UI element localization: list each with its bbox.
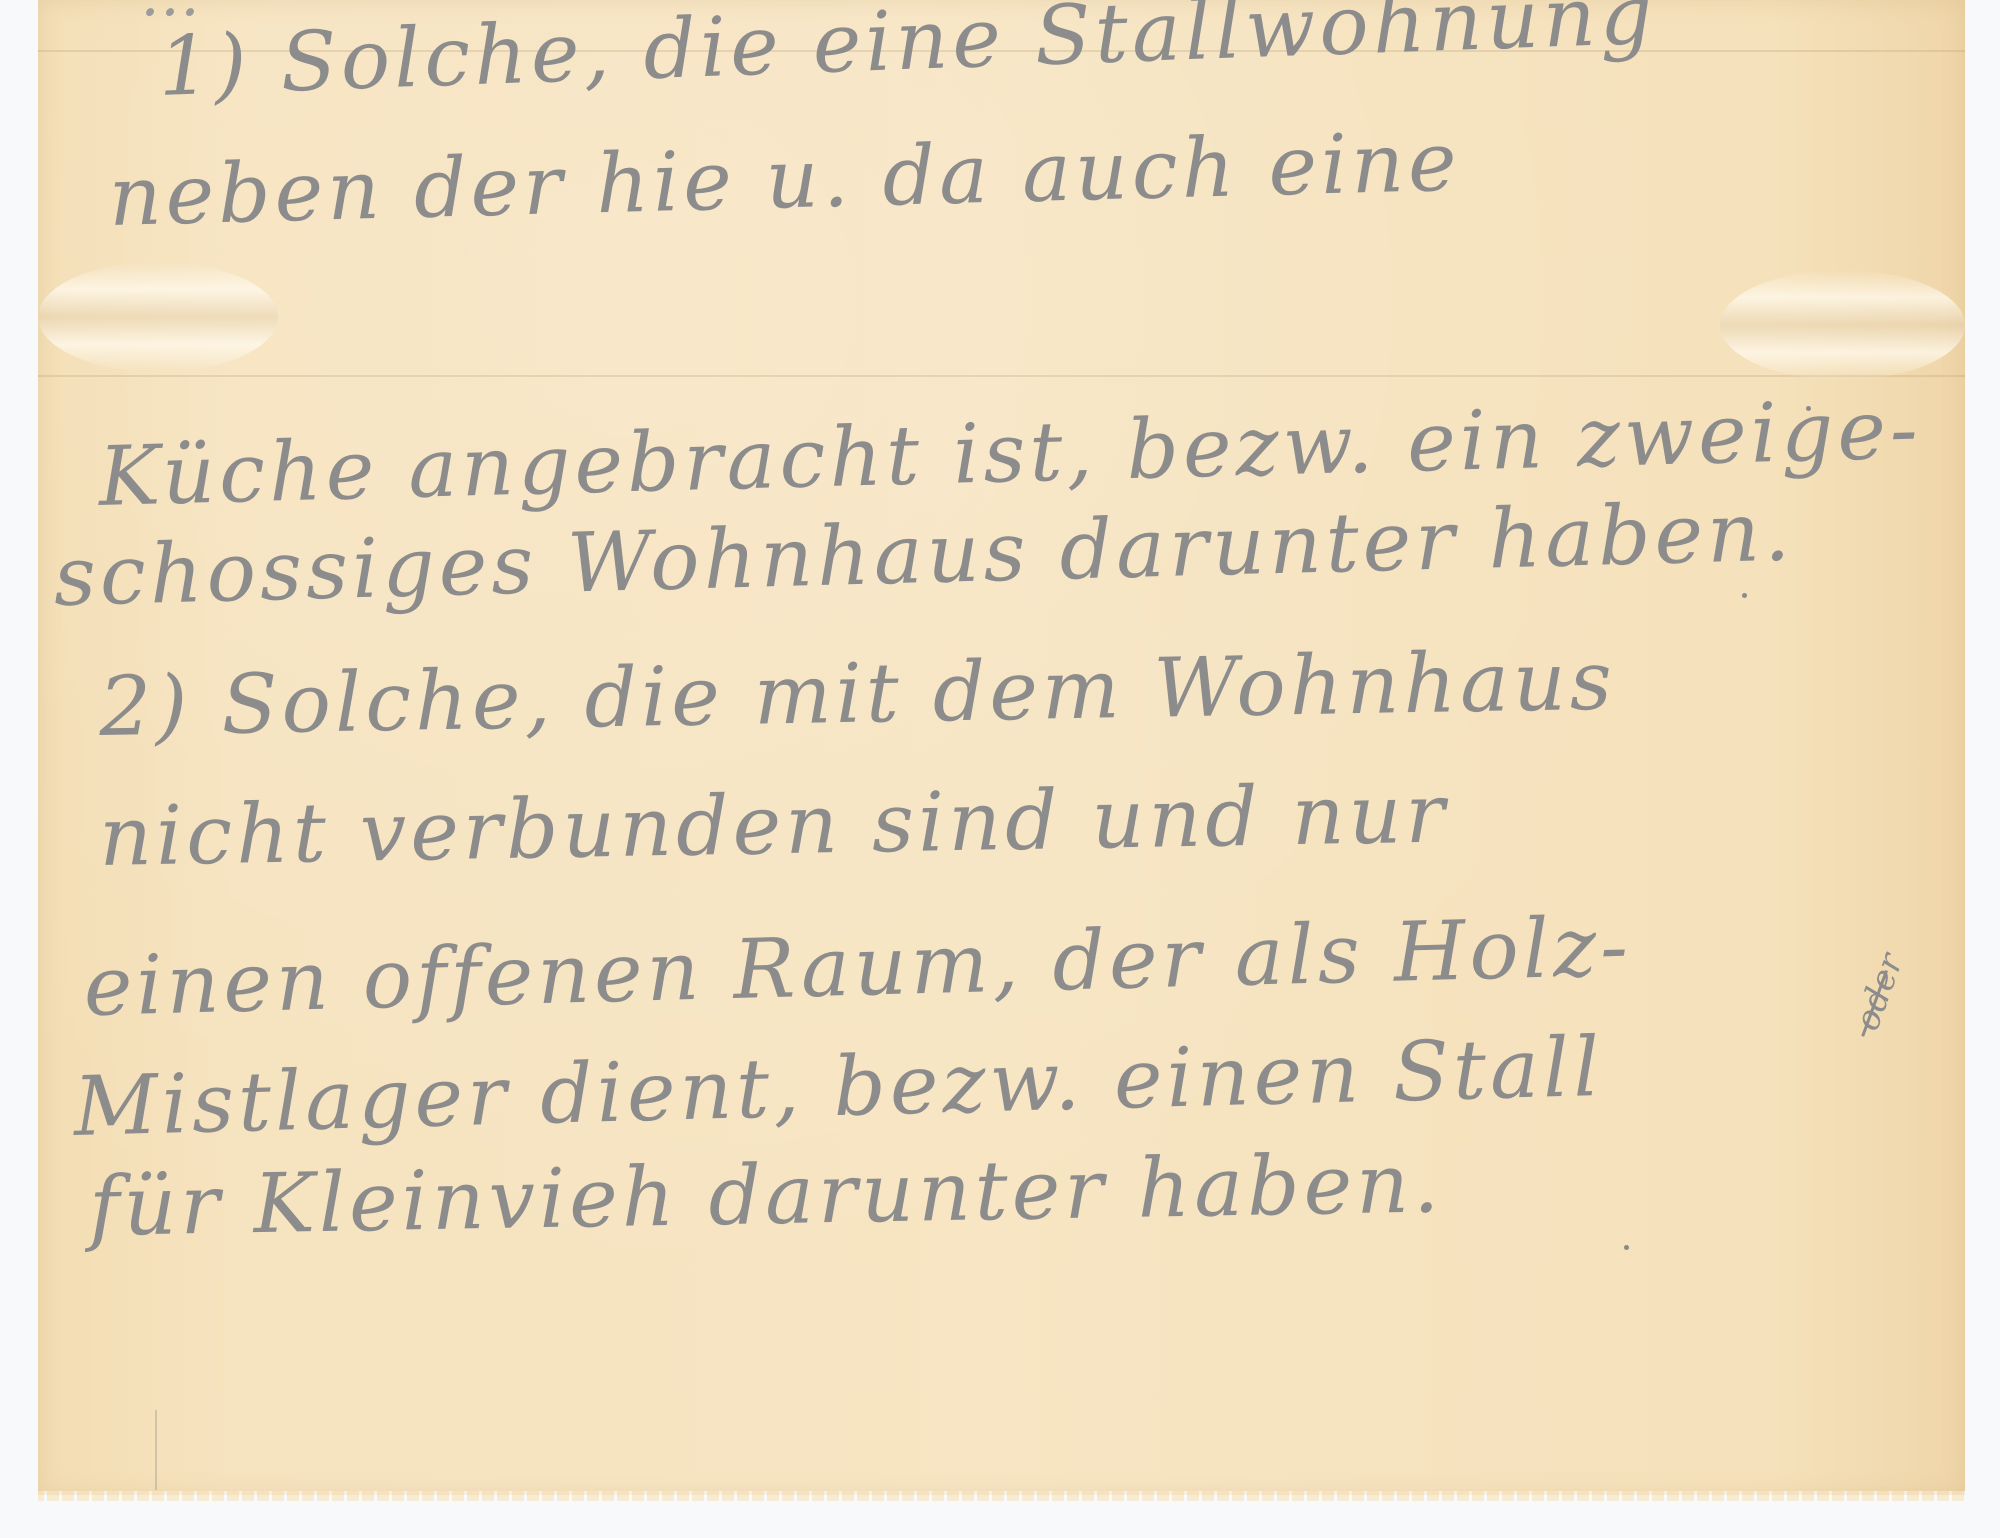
pencil-dot [1742,593,1747,598]
paper-crease [38,262,278,372]
paper-fold-line [38,375,1965,377]
pencil-mark [155,1410,157,1490]
scanned-page: … 1) Solche, die eine Stallwohnung neben… [0,0,2000,1538]
pencil-dot [1624,1245,1629,1250]
pencil-dot [1806,406,1811,411]
paper-crease [1720,270,1965,380]
